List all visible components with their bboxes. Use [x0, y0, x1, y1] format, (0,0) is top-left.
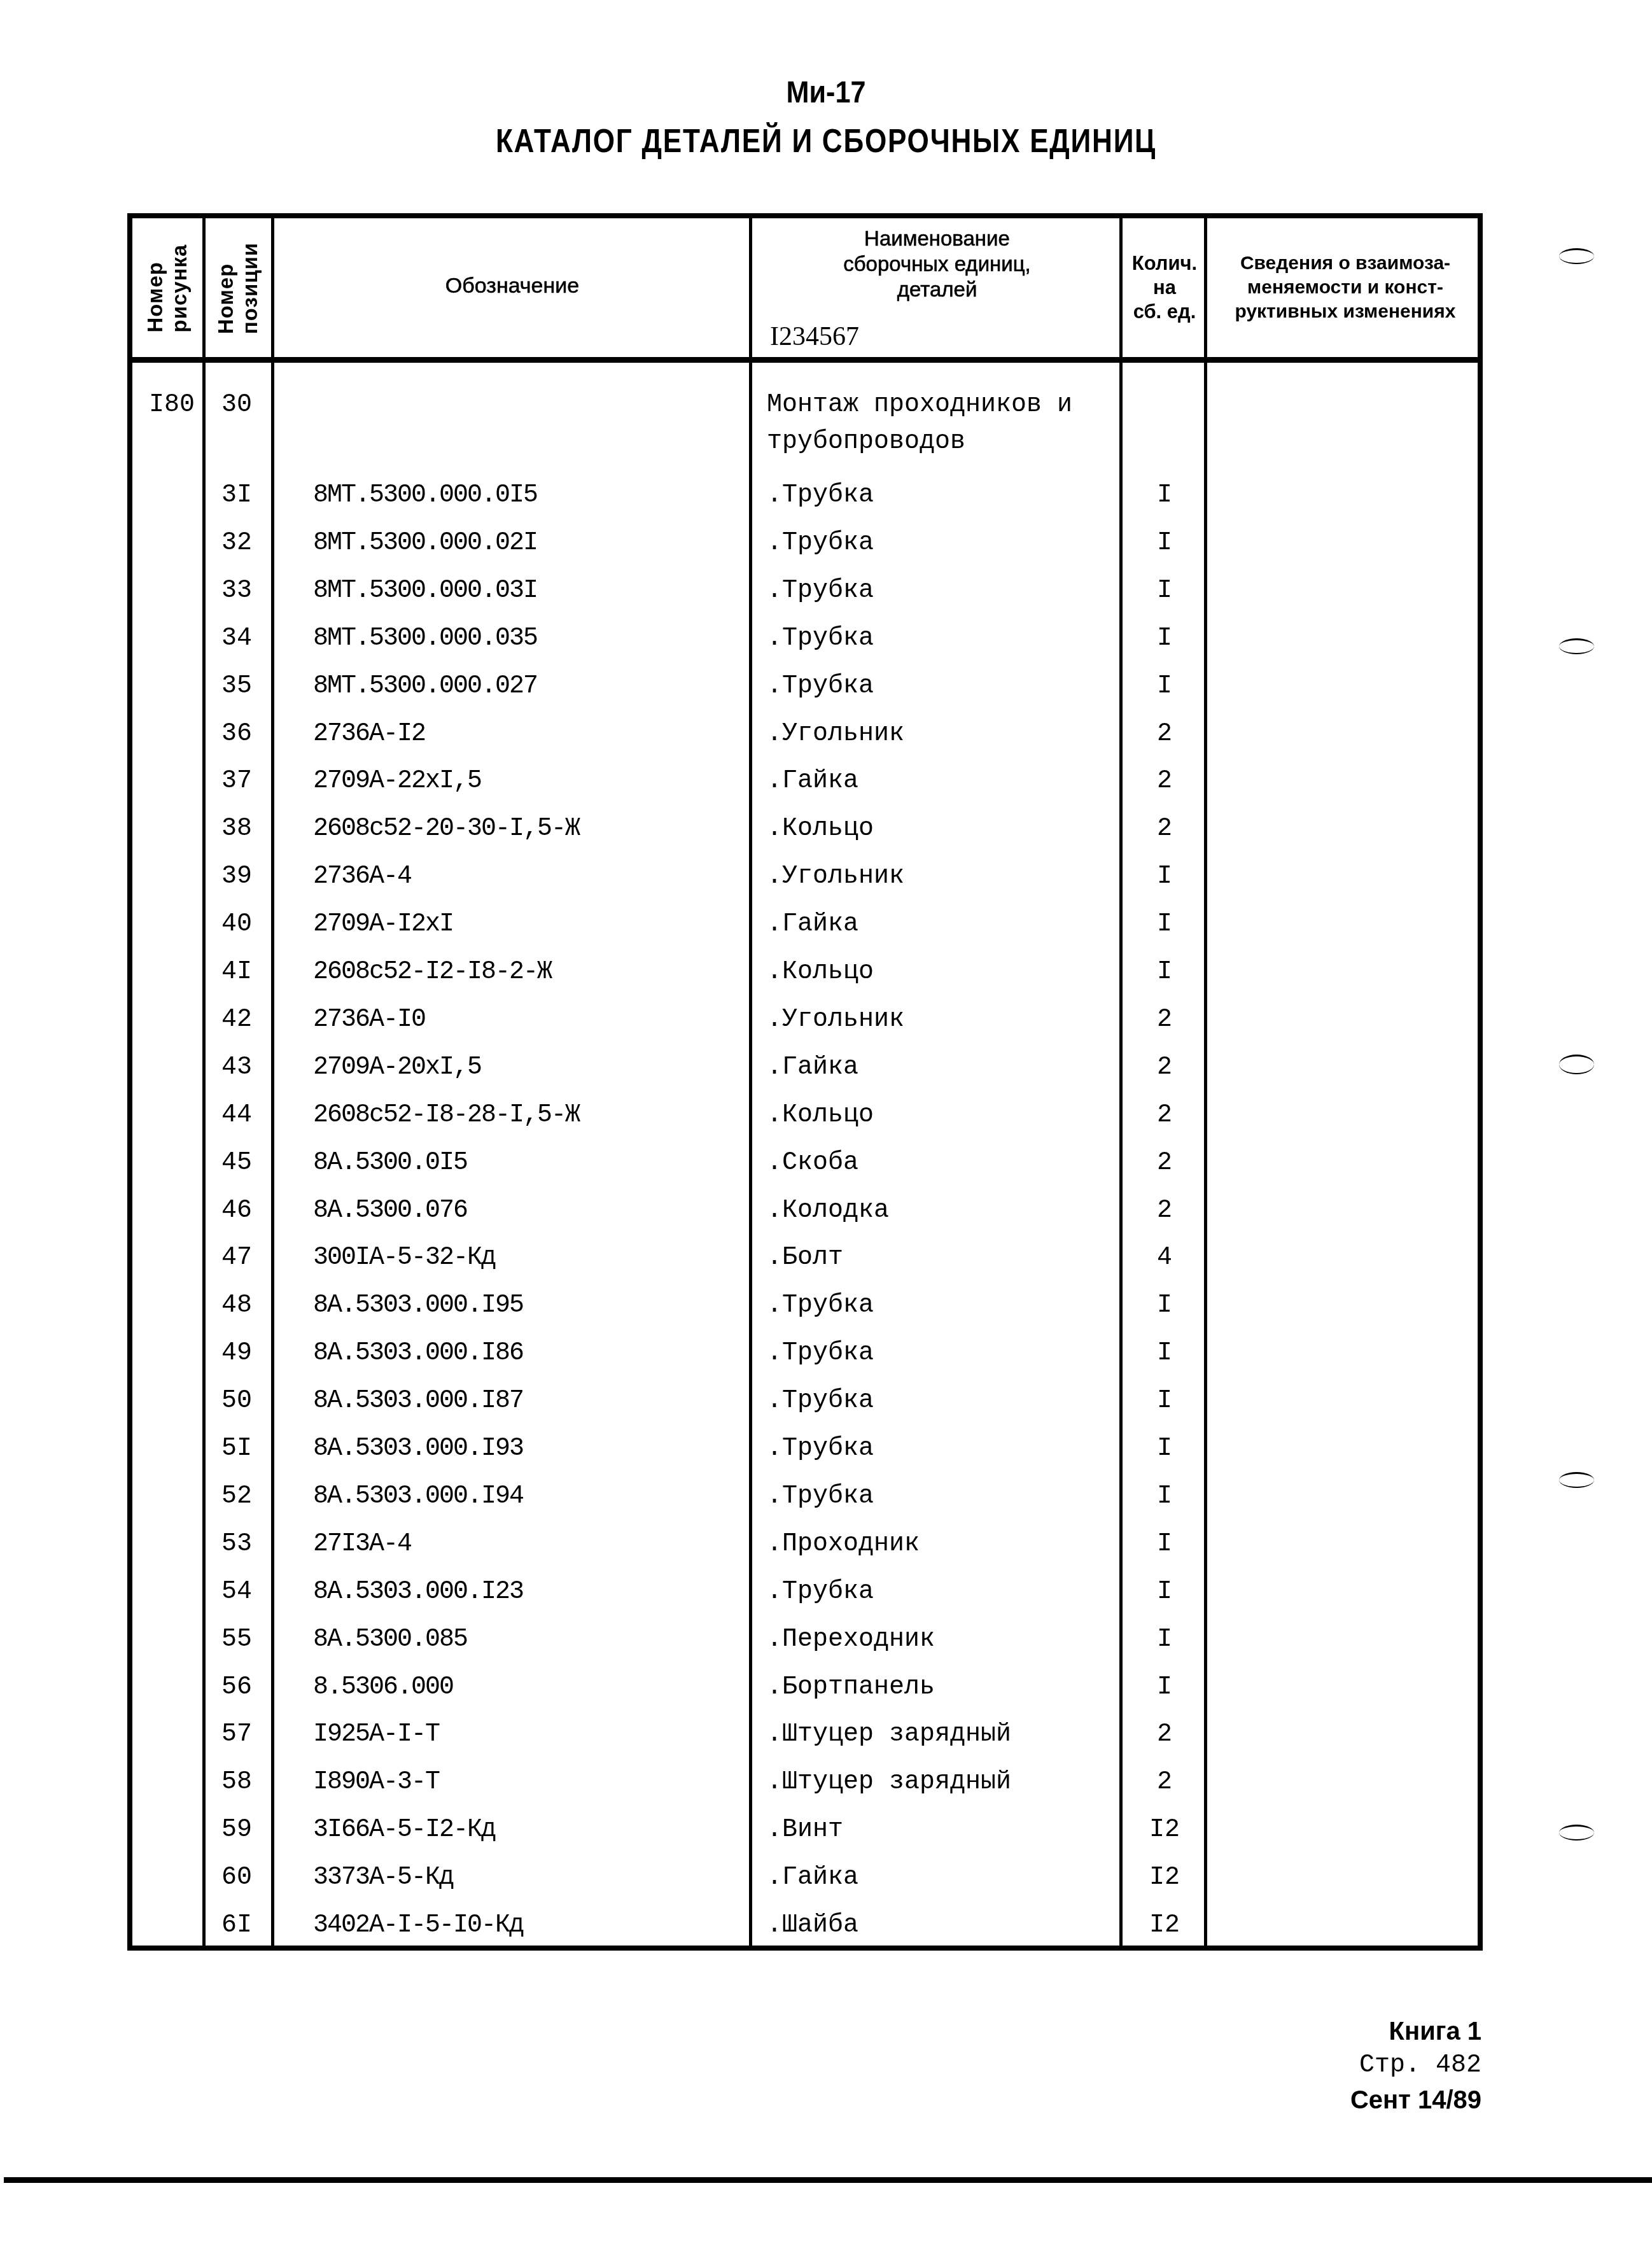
name-cell: .Болт [767, 1235, 843, 1282]
header-name: Наименование сборочных единиц, деталей [754, 226, 1120, 302]
header-notes: Сведения о взаимоза- меняемости и конст-… [1208, 251, 1483, 324]
position-no-cell: 5I [216, 1426, 272, 1473]
table-row: 348МТ.5300.000.035.ТрубкаI [127, 615, 1483, 663]
designation-cell: 8А.5303.000.I95 [313, 1282, 523, 1329]
name-cell: .Трубка [767, 1473, 874, 1520]
name-cell: .Гайка [767, 1044, 858, 1091]
quantity-cell: I [1123, 949, 1206, 996]
name-cell: .Переходник [767, 1616, 935, 1664]
header-divider [127, 357, 1483, 363]
position-no-cell: 58 [216, 1759, 272, 1806]
table-row: 358МТ.5300.000.027.ТрубкаI [127, 663, 1483, 710]
name-cell: Монтаж проходников и трубопроводов [767, 387, 1072, 461]
designation-cell: 3373А-5-Кд [313, 1855, 453, 1902]
position-no-cell: 45 [216, 1140, 272, 1187]
table-row: 3I8МТ.5300.000.0I5.ТрубкаI [127, 472, 1483, 519]
position-no-cell: 40 [216, 901, 272, 948]
position-no-cell: 44 [216, 1092, 272, 1139]
designation-cell: 2709А-20хI,5 [313, 1044, 481, 1091]
name-cell: .Угольник [767, 711, 904, 758]
designation-cell: 8МТ.5300.000.0I5 [313, 472, 537, 519]
header-position-no-label: Номер позиции [214, 242, 263, 333]
designation-cell: 8.5306.000 [313, 1664, 453, 1711]
position-no-cell: 59 [216, 1807, 272, 1854]
quantity-cell: I [1123, 615, 1206, 663]
quantity-cell: I [1123, 1664, 1206, 1711]
name-cell: .Трубка [767, 1569, 874, 1616]
quantity-cell: I [1123, 1378, 1206, 1425]
designation-cell: 2608с52-I2-I8-2-Ж [313, 949, 551, 996]
table-row: 508А.5303.000.I87.ТрубкаI [127, 1378, 1483, 1425]
quantity-cell: I [1123, 1521, 1206, 1568]
table-row: 58I890А-3-Т.Штуцер зарядный2 [127, 1759, 1483, 1806]
table-row: 422736А-I0.Угольник2 [127, 997, 1483, 1044]
name-cell: .Трубка [767, 472, 874, 519]
table-row: 5I8А.5303.000.I93.ТрубкаI [127, 1426, 1483, 1473]
name-cell: .Трубка [767, 1330, 874, 1377]
header-position-no: Номер позиции [206, 220, 271, 356]
position-no-cell: 43 [216, 1044, 272, 1091]
table-row: 362736А-I2.Угольник2 [127, 711, 1483, 758]
quantity-cell: 2 [1123, 1188, 1206, 1235]
position-no-cell: 47 [216, 1235, 272, 1282]
designation-cell: 2736А-I0 [313, 997, 425, 1044]
table-row: 468А.5300.076.Колодка2 [127, 1188, 1483, 1235]
quantity-cell: I [1123, 901, 1206, 948]
quantity-cell: 2 [1123, 1711, 1206, 1758]
quantity-cell: I [1123, 1426, 1206, 1473]
designation-cell: 8А.5303.000.I87 [313, 1378, 523, 1425]
position-no-cell: 32 [216, 520, 272, 567]
table-row: 6I3402А-I-5-I0-Кд.ШайбаI2 [127, 1902, 1483, 1949]
quantity-cell: 2 [1123, 1759, 1206, 1806]
book-number: Книга 1 [1227, 2014, 1481, 2049]
quantity-cell: I2 [1123, 1807, 1206, 1854]
table-row: 558А.5300.085.ПереходникI [127, 1616, 1483, 1664]
quantity-cell: I [1123, 1330, 1206, 1377]
name-cell: .Трубка [767, 1282, 874, 1329]
name-cell: .Штуцер зарядный [767, 1759, 1011, 1806]
quantity-cell: I [1123, 853, 1206, 901]
table-row: 603373А-5-Кд.ГайкаI2 [127, 1855, 1483, 1902]
position-no-cell: 3I [216, 472, 272, 519]
position-no-cell: 54 [216, 1569, 272, 1616]
name-cell: .Кольцо [767, 1092, 874, 1139]
position-no-cell: 50 [216, 1378, 272, 1425]
table-row: 47300IА-5-32-Кд.Болт4 [127, 1235, 1483, 1282]
designation-cell: 8МТ.5300.000.035 [313, 615, 537, 663]
quantity-cell: I [1123, 1473, 1206, 1520]
position-no-cell: 56 [216, 1664, 272, 1711]
table-row: 338МТ.5300.000.03I.ТрубкаI [127, 568, 1483, 615]
table-row: 593I66А-5-I2-Кд.ВинтI2 [127, 1807, 1483, 1854]
name-cell: .Гайка [767, 758, 858, 805]
header-designation: Обозначение [274, 274, 751, 298]
designation-cell: I890А-3-Т [313, 1759, 439, 1806]
figure-no-cell: I80 [140, 387, 204, 424]
position-no-cell: 53 [216, 1521, 272, 1568]
name-cell: .Трубка [767, 568, 874, 615]
table-row: I8030Монтаж проходников и трубопроводов [127, 382, 1483, 471]
position-no-cell: 57 [216, 1711, 272, 1758]
designation-cell: 300IА-5-32-Кд [313, 1235, 495, 1282]
quantity-cell: 2 [1123, 1092, 1206, 1139]
name-cell: .Трубка [767, 615, 874, 663]
quantity-cell: I [1123, 1616, 1206, 1664]
designation-cell: 2608с52-I8-28-I,5-Ж [313, 1092, 579, 1139]
table-row: 4I2608с52-I2-I8-2-Ж.КольцоI [127, 949, 1483, 996]
table-row: 498А.5303.000.I86.ТрубкаI [127, 1330, 1483, 1377]
revision-date: Сент 14/89 [1227, 2083, 1481, 2117]
name-cell: .Гайка [767, 1855, 858, 1902]
binding-hole-mark [1559, 1825, 1594, 1841]
quantity-cell: I2 [1123, 1855, 1206, 1902]
name-cell: .Угольник [767, 997, 904, 1044]
designation-cell: 8А.5303.000.I94 [313, 1473, 523, 1520]
table-row: 548А.5303.000.I23.ТрубкаI [127, 1569, 1483, 1616]
name-cell: .Кольцо [767, 806, 874, 853]
binding-hole-mark [1559, 1472, 1594, 1488]
designation-cell: 3402А-I-5-I0-Кд [313, 1902, 523, 1949]
position-no-cell: 48 [216, 1282, 272, 1329]
quantity-cell: 4 [1123, 1235, 1206, 1282]
designation-cell: 8МТ.5300.000.02I [313, 520, 537, 567]
name-cell: .Трубка [767, 520, 874, 567]
binding-hole-mark [1559, 1055, 1594, 1074]
table-row: 458А.5300.0I5.Скоба2 [127, 1140, 1483, 1187]
position-no-cell: 37 [216, 758, 272, 805]
designation-cell: 27I3А-4 [313, 1521, 411, 1568]
position-no-cell: 49 [216, 1330, 272, 1377]
catalog-title: КАТАЛОГ ДЕТАЛЕЙ И СБОРОЧНЫХ ЕДИНИЦ [124, 122, 1529, 160]
binding-hole-mark [1559, 638, 1594, 654]
table-row: 528А.5303.000.I94.ТрубкаI [127, 1473, 1483, 1520]
designation-cell: 8А.5303.000.I23 [313, 1569, 523, 1616]
position-no-cell: 60 [216, 1855, 272, 1902]
quantity-cell: 2 [1123, 711, 1206, 758]
name-cell: .Скоба [767, 1140, 858, 1187]
name-cell: .Колодка [767, 1188, 889, 1235]
quantity-cell: 2 [1123, 1044, 1206, 1091]
name-cell: .Штуцер зарядный [767, 1711, 1011, 1758]
header-figure-no: Номер рисунка [132, 220, 202, 356]
quantity-cell: 2 [1123, 1140, 1206, 1187]
name-cell: .Кольцо [767, 949, 874, 996]
designation-cell: 8А.5300.085 [313, 1616, 467, 1664]
quantity-cell: I [1123, 1569, 1206, 1616]
quantity-cell: I [1123, 472, 1206, 519]
designation-cell: 2608с52-20-30-I,5-Ж [313, 806, 579, 853]
name-cell: .Трубка [767, 1426, 874, 1473]
name-cell: .Бортпанель [767, 1664, 935, 1711]
position-no-cell: 36 [216, 711, 272, 758]
name-cell: .Угольник [767, 853, 904, 901]
designation-cell: I925А-I-Т [313, 1711, 439, 1758]
header-figure-no-label: Номер рисунка [143, 244, 192, 332]
quantity-cell: I [1123, 520, 1206, 567]
designation-cell: 8А.5300.076 [313, 1188, 467, 1235]
header-quantity: Колич. на сб. ед. [1123, 251, 1206, 324]
table-row: 382608с52-20-30-I,5-Ж.Кольцо2 [127, 806, 1483, 853]
quantity-cell: I2 [1123, 1902, 1206, 1949]
name-cell: .Гайка [767, 901, 858, 948]
position-no-cell: 35 [216, 663, 272, 710]
position-no-cell: 55 [216, 1616, 272, 1664]
quantity-cell: I [1123, 568, 1206, 615]
position-no-cell: 6I [216, 1902, 272, 1949]
designation-cell: 2736А-I2 [313, 711, 425, 758]
name-cell: .Шайба [767, 1902, 858, 1949]
quantity-cell: I [1123, 663, 1206, 710]
designation-cell: 8МТ.5300.000.027 [313, 663, 537, 710]
aircraft-title: Ми-17 [83, 75, 1569, 110]
table-row: 488А.5303.000.I95.ТрубкаI [127, 1282, 1483, 1329]
position-no-cell: 33 [216, 568, 272, 615]
position-no-cell: 34 [216, 615, 272, 663]
page-number: Стр. 482 [1227, 2049, 1481, 2083]
page-footer: Книга 1 Стр. 482 Сент 14/89 [1227, 2014, 1481, 2117]
table-row: 432709А-20хI,5.Гайка2 [127, 1044, 1483, 1091]
binding-hole-mark [1559, 248, 1594, 264]
designation-cell: 8МТ.5300.000.03I [313, 568, 537, 615]
name-cell: .Винт [767, 1807, 843, 1854]
quantity-cell: 2 [1123, 997, 1206, 1044]
quantity-cell: I [1123, 1282, 1206, 1329]
bottom-rule [4, 2177, 1652, 2183]
table-row: 442608с52-I8-28-I,5-Ж.Кольцо2 [127, 1092, 1483, 1139]
table-row: 57I925А-I-Т.Штуцер зарядный2 [127, 1711, 1483, 1758]
header-name-code: I234567 [770, 321, 859, 352]
position-no-cell: 39 [216, 853, 272, 901]
position-no-cell: 46 [216, 1188, 272, 1235]
designation-cell: 3I66А-5-I2-Кд [313, 1807, 495, 1854]
position-no-cell: 38 [216, 806, 272, 853]
table-row: 568.5306.000.БортпанельI [127, 1664, 1483, 1711]
table-row: 5327I3А-4.ПроходникI [127, 1521, 1483, 1568]
designation-cell: 8А.5303.000.I86 [313, 1330, 523, 1377]
position-no-cell: 30 [216, 387, 272, 424]
table-row: 328МТ.5300.000.02I.ТрубкаI [127, 520, 1483, 567]
position-no-cell: 4I [216, 949, 272, 996]
table-row: 402709А-I2хI.ГайкаI [127, 901, 1483, 948]
designation-cell: 2709А-22хI,5 [313, 758, 481, 805]
name-cell: .Трубка [767, 1378, 874, 1425]
designation-cell: 8А.5300.0I5 [313, 1140, 467, 1187]
table-row: 392736А-4.УгольникI [127, 853, 1483, 901]
quantity-cell: 2 [1123, 758, 1206, 805]
quantity-cell: 2 [1123, 806, 1206, 853]
position-no-cell: 42 [216, 997, 272, 1044]
name-cell: .Проходник [767, 1521, 920, 1568]
designation-cell: 8А.5303.000.I93 [313, 1426, 523, 1473]
position-no-cell: 52 [216, 1473, 272, 1520]
name-cell: .Трубка [767, 663, 874, 710]
designation-cell: 2709А-I2хI [313, 901, 453, 948]
designation-cell: 2736А-4 [313, 853, 411, 901]
table-row: 372709А-22хI,5.Гайка2 [127, 758, 1483, 805]
